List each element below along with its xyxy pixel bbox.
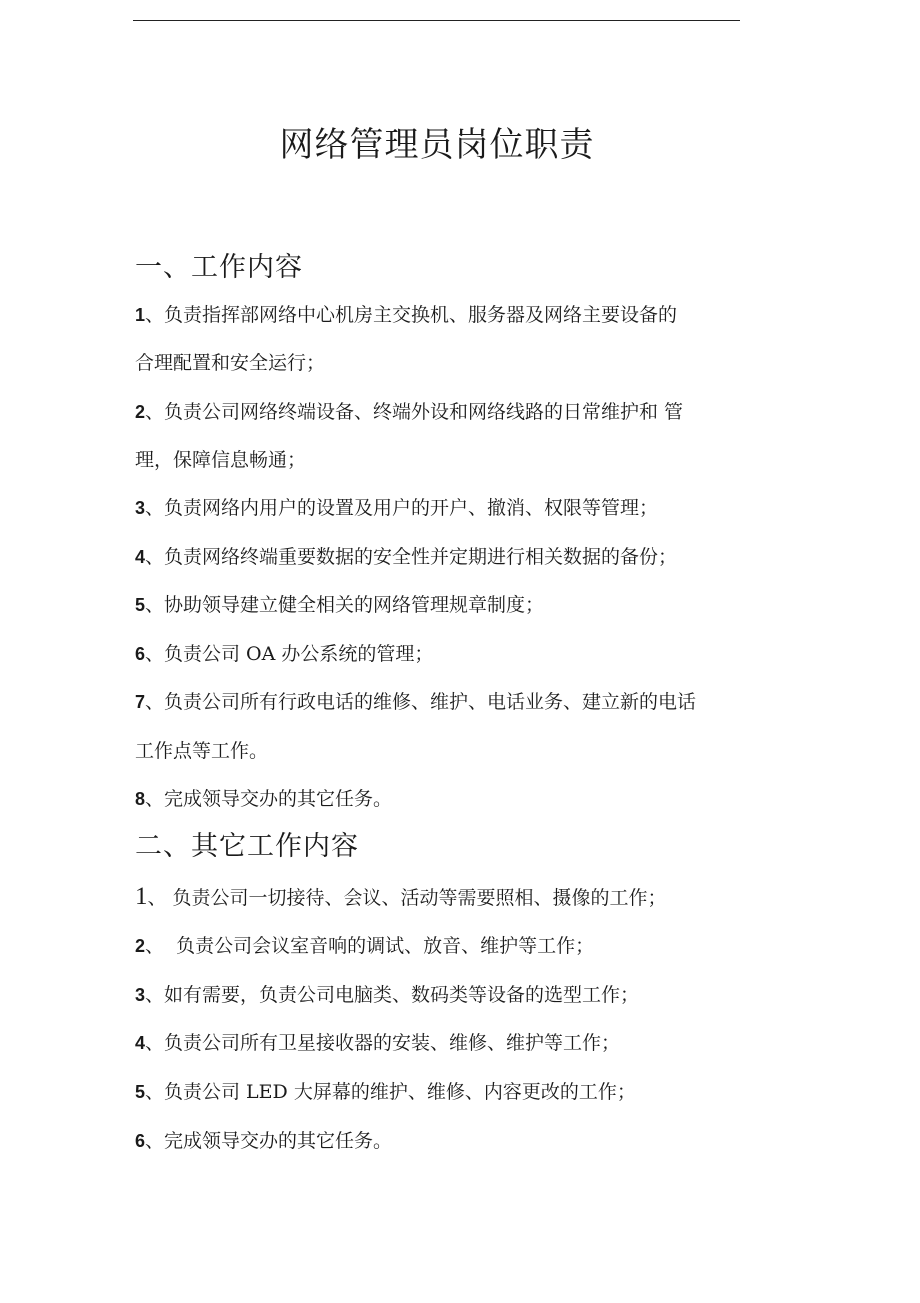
list-item: 4、负责公司所有卫星接收器的安装、维修、维护等工作； [135, 1030, 620, 1056]
list-item: 6、负责公司 OA 办公系统的管理； [135, 641, 433, 667]
list-item: 7、负责公司所有行政电话的维修、维护、电话业务、建立新的电话 [135, 689, 696, 715]
document-title: 网络管理员岗位职责 [0, 122, 874, 168]
list-item-continuation: 工作点等工作。 [135, 738, 268, 764]
list-item: 6、完成领导交办的其它任务。 [135, 1128, 392, 1154]
list-item: 8、完成领导交办的其它任务。 [135, 786, 392, 812]
list-item: 4、负责网络终端重要数据的安全性并定期进行相关数据的备份； [135, 544, 677, 570]
section-heading-work-content: 一、工作内容 [135, 250, 303, 286]
list-item-continuation: 合理配置和安全运行； [135, 350, 325, 376]
list-item: 2、负责公司网络终端设备、终端外设和网络线路的日常维护和 管 [135, 399, 683, 425]
list-item: 2、 负责公司会议室音响的调试、放音、维护等工作； [135, 933, 594, 959]
header-rule [133, 20, 740, 21]
list-item: 5、负责公司 LED 大屏幕的维护、维修、内容更改的工作； [135, 1079, 636, 1105]
list-item: 5、协助领导建立健全相关的网络管理规章制度； [135, 592, 544, 618]
list-item: 1、 负责公司一切接待、会议、活动等需要照相、摄像的工作； [135, 884, 667, 911]
list-item: 3、负责网络内用户的设置及用户的开户、撤消、权限等管理； [135, 495, 658, 521]
section-heading-other-work-content: 二、其它工作内容 [135, 829, 359, 865]
list-item: 1、负责指挥部网络中心机房主交换机、服务器及网络主要设备的 [135, 302, 677, 328]
list-item-continuation: 理，保障信息畅通； [135, 447, 306, 473]
list-item: 3、如有需要，负责公司电脑类、数码类等设备的选型工作； [135, 982, 639, 1008]
